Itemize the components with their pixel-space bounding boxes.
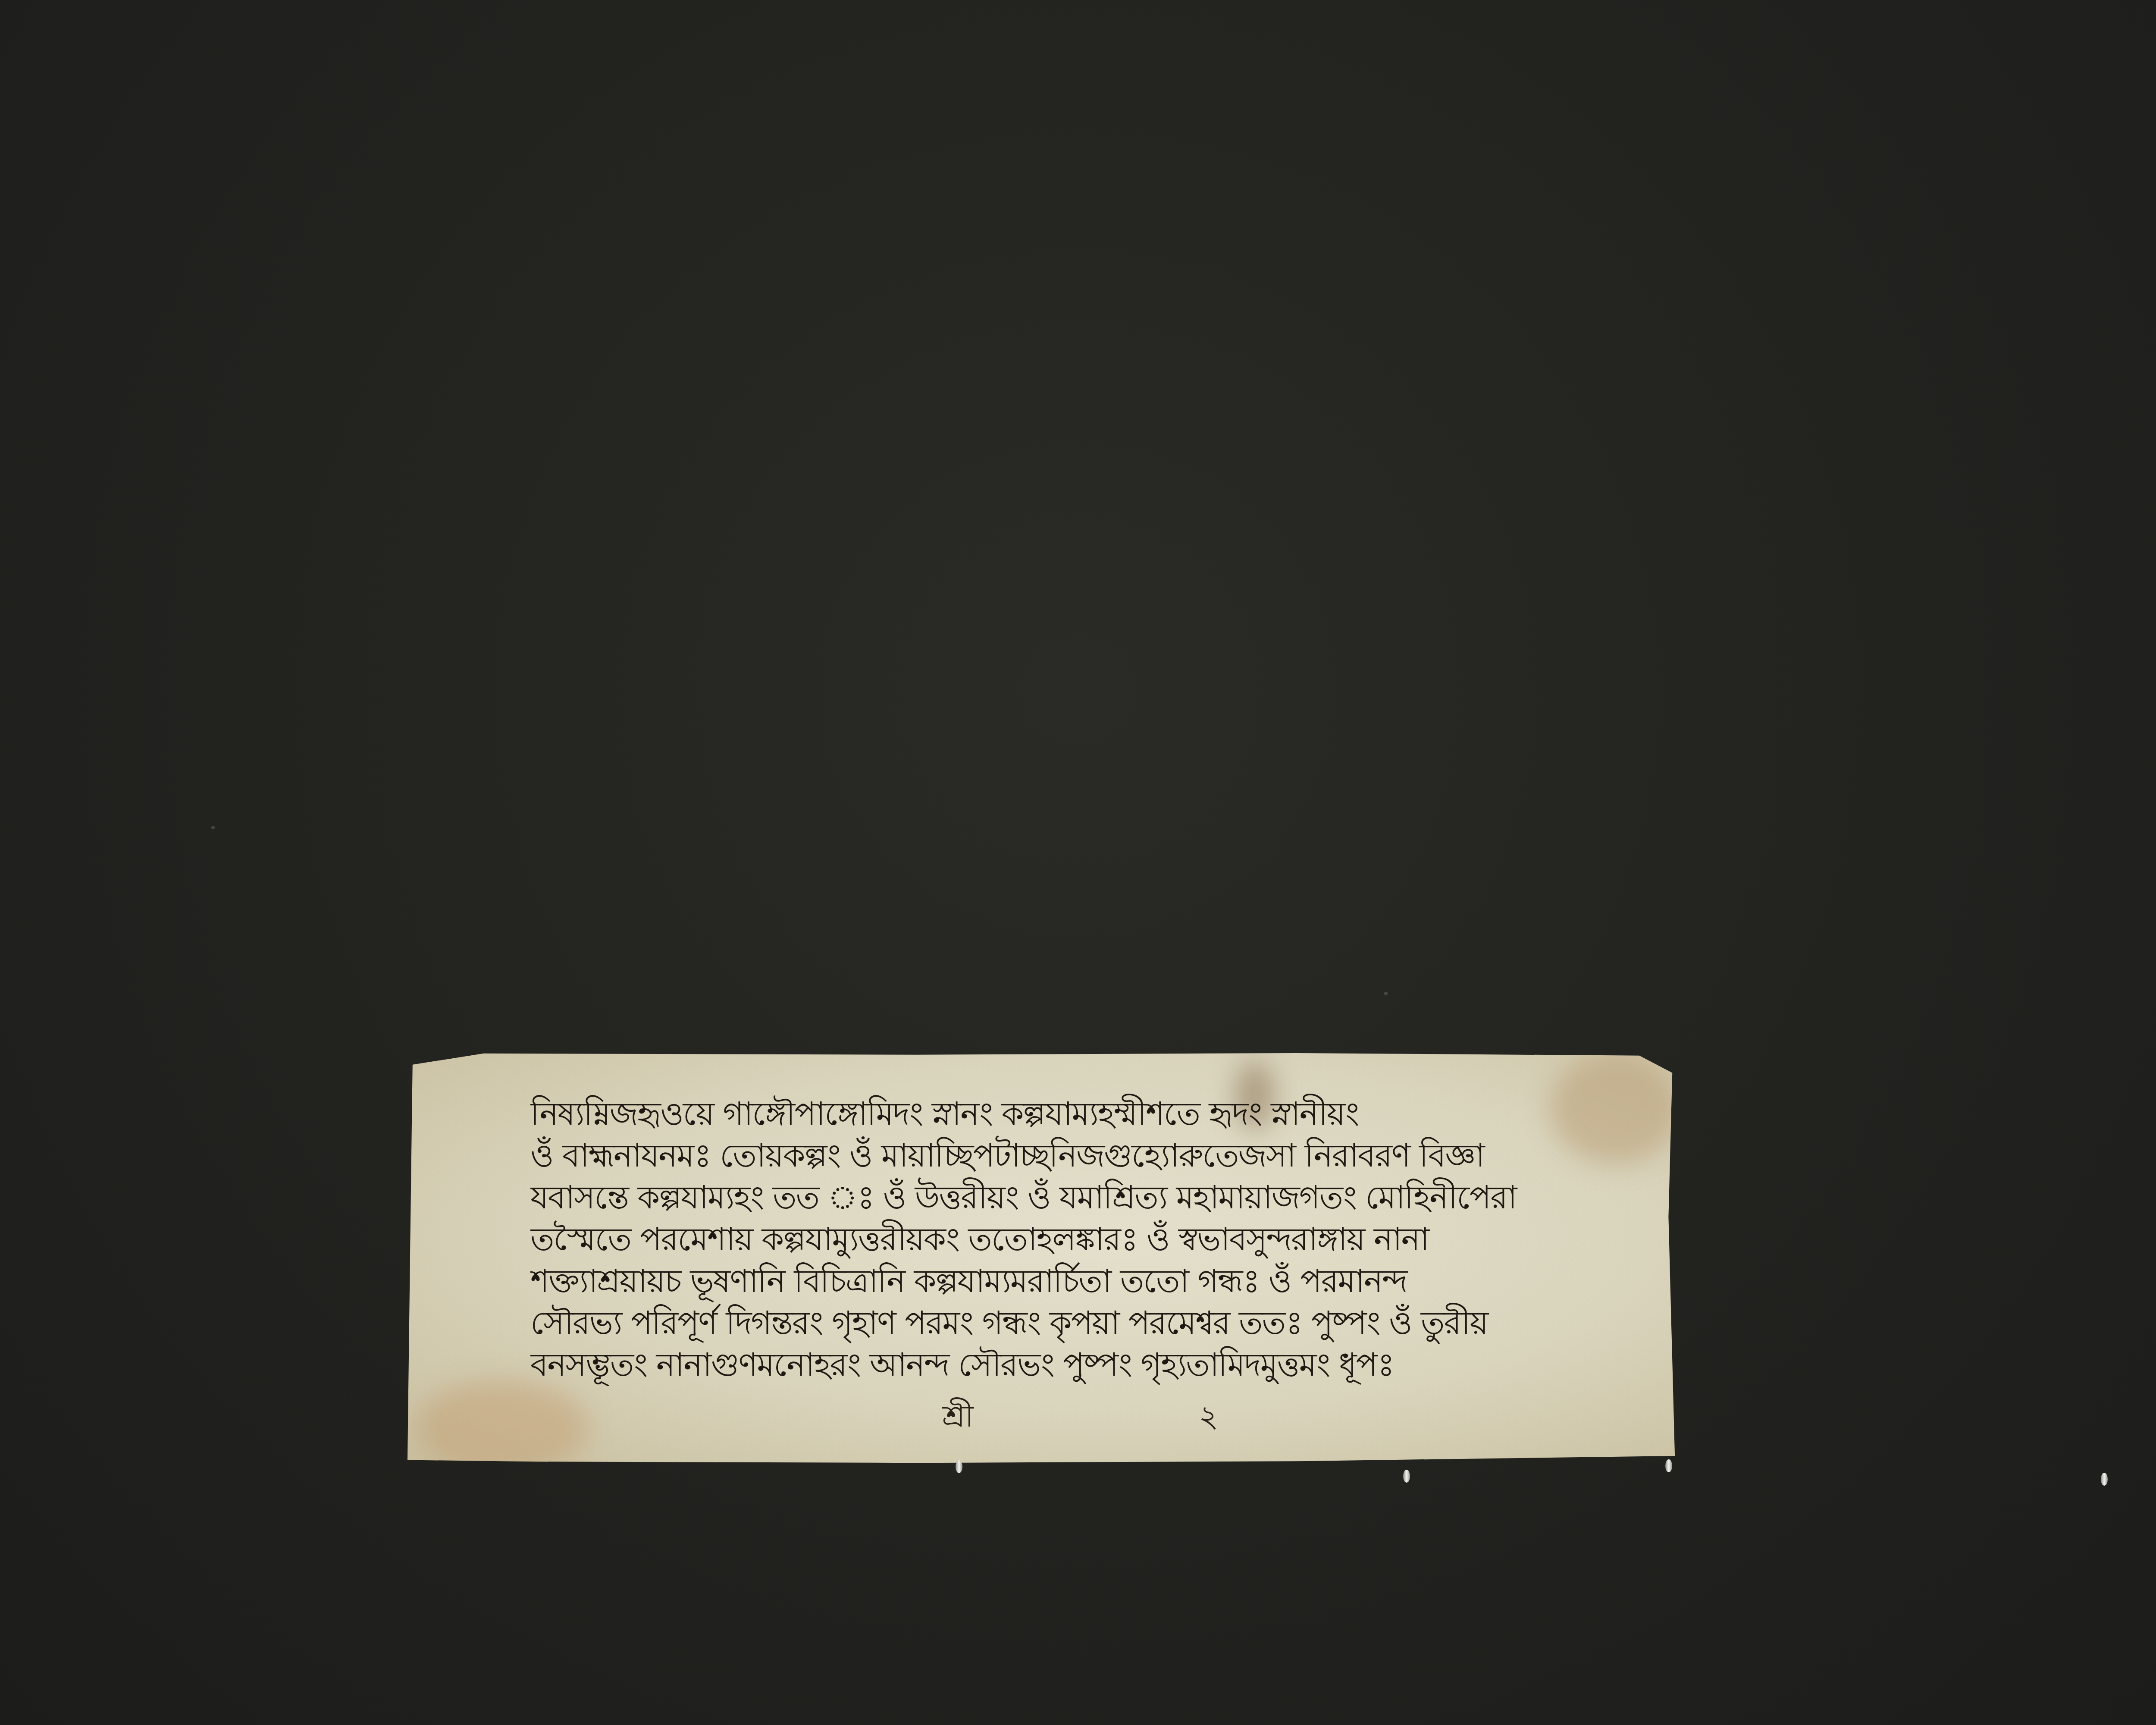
pin-icon (956, 1460, 962, 1473)
text-line-7: বনসম্ভূতং নানাগুণমনোহরং আনন্দ সৌরভং পুষ্… (530, 1344, 1630, 1386)
text-line-2: ওঁ বাহ্মনাযনমঃ তোয়কল্পং ওঁ মায়াচ্ছিপটা… (530, 1135, 1630, 1177)
folio-number: ২ (1199, 1393, 1219, 1443)
manuscript-folio: নিষ্যম্নিজহৃওয়ে গাঙ্গৌপাঙ্গোমিদং স্নানং… (407, 1052, 1677, 1464)
text-line-1: নিষ্যম্নিজহৃওয়ে গাঙ্গৌপাঙ্গোমিদং স্নানং… (530, 1093, 1630, 1135)
pin-icon (2101, 1473, 2108, 1486)
dust-speck (211, 826, 215, 829)
text-line-4: তস্মৈতে পরমেশায় কল্পযাম্যুত্তরীয়কং ততো… (530, 1219, 1630, 1261)
folio-mark-left: শ্রী (942, 1393, 974, 1443)
dark-display-board (0, 0, 2156, 1725)
text-line-5: শক্ত্যাশ্রয়ায়চ ভূষণানি বিচিত্রানি কল্প… (530, 1261, 1630, 1302)
manuscript-text: নিষ্যম্নিজহৃওয়ে গাঙ্গৌপাঙ্গোমিদং স্নানং… (530, 1093, 1630, 1386)
pin-icon (1665, 1459, 1672, 1472)
dust-speck (1384, 992, 1388, 995)
text-line-6: সৌরভ্য পরিপূর্ণ দিগন্তরং গৃহাণ পরমং গন্ধ… (530, 1302, 1630, 1344)
pin-icon (1403, 1470, 1410, 1483)
text-line-3: যবাসন্তে কল্পযাম্যহং তত ঃ ওঁ উত্তরীয়ং ও… (530, 1177, 1630, 1219)
